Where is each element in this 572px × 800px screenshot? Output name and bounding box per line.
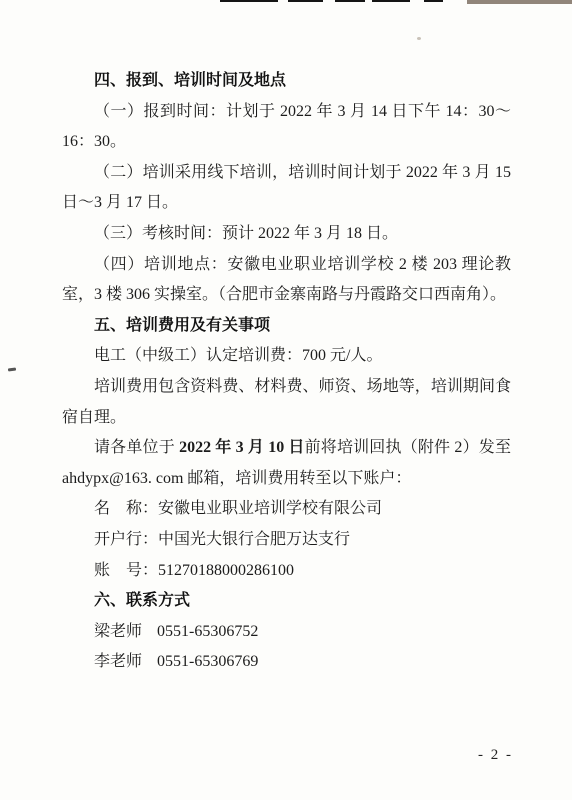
paragraph-remittance: 请各单位于 2022 年 3 月 10 日前将培训回执（附件 2）发至 ahdy… — [62, 433, 511, 494]
bank-label: 开户行： — [94, 531, 158, 548]
account-name-value: 安徽电业职业培训学校有限公司 — [158, 500, 382, 517]
scan-artifact-top-2 — [288, 0, 323, 2]
scan-artifact-top-1 — [220, 0, 278, 2]
section-heading-registration: 四、报到、培训时间及地点 — [62, 66, 511, 97]
section-heading-contacts: 六、联系方式 — [62, 586, 511, 617]
scan-artifact-top-6 — [467, 0, 572, 4]
line-contact-1: 梁老师0551-65306752 — [62, 617, 511, 648]
scan-artifact-top-3 — [335, 0, 365, 2]
bank-value: 中国光大银行合肥万达支行 — [158, 531, 350, 548]
line-account-number: 账 号：51270188000286100 — [62, 556, 511, 587]
contact-name: 李老师 — [94, 653, 142, 670]
scan-speck-left-margin — [8, 367, 16, 371]
scan-artifact-top-4 — [372, 0, 410, 2]
remittance-deadline: 2022 年 3 月 10 日 — [179, 439, 304, 456]
scan-speck-top — [417, 37, 421, 40]
line-bank: 开户行：中国光大银行合肥万达支行 — [62, 525, 511, 556]
paragraph-training-location: （四）培训地点：安徽电业职业培训学校 2 楼 203 理论教室，3 楼 306 … — [62, 250, 511, 311]
line-account-name: 名 称：安徽电业职业培训学校有限公司 — [62, 494, 511, 525]
contact-phone: 0551-65306752 — [157, 623, 258, 640]
line-contact-2: 李老师0551-65306769 — [62, 647, 511, 678]
paragraph-fee-scope: 培训费用包含资料费、材料费、师资、场地等，培训期间食宿自理。 — [62, 372, 511, 433]
paragraph-fee-amount: 电工（中级工）认定培训费：700 元/人。 — [62, 341, 511, 372]
document-body: 四、报到、培训时间及地点 （一）报到时间：计划于 2022 年 3 月 14 日… — [62, 66, 511, 678]
contact-phone: 0551-65306769 — [157, 653, 258, 670]
section-heading-fees: 五、培训费用及有关事项 — [62, 311, 511, 342]
contact-name: 梁老师 — [94, 623, 142, 640]
paragraph-exam-time: （三）考核时间：预计 2022 年 3 月 18 日。 — [62, 219, 511, 250]
remittance-prefix: 请各单位于 — [94, 439, 179, 456]
account-name-label: 名 称： — [94, 500, 158, 517]
account-number-value: 51270188000286100 — [158, 562, 294, 579]
page-number: - 2 - — [478, 747, 513, 764]
account-number-label: 账 号： — [94, 562, 158, 579]
paragraph-training-time: （二）培训采用线下培训，培训时间计划于 2022 年 3 月 15 日～3 月 … — [62, 158, 511, 219]
scan-artifact-top-5 — [424, 0, 443, 2]
paragraph-report-time: （一）报到时间：计划于 2022 年 3 月 14 日下午 14：30～16：3… — [62, 97, 511, 158]
